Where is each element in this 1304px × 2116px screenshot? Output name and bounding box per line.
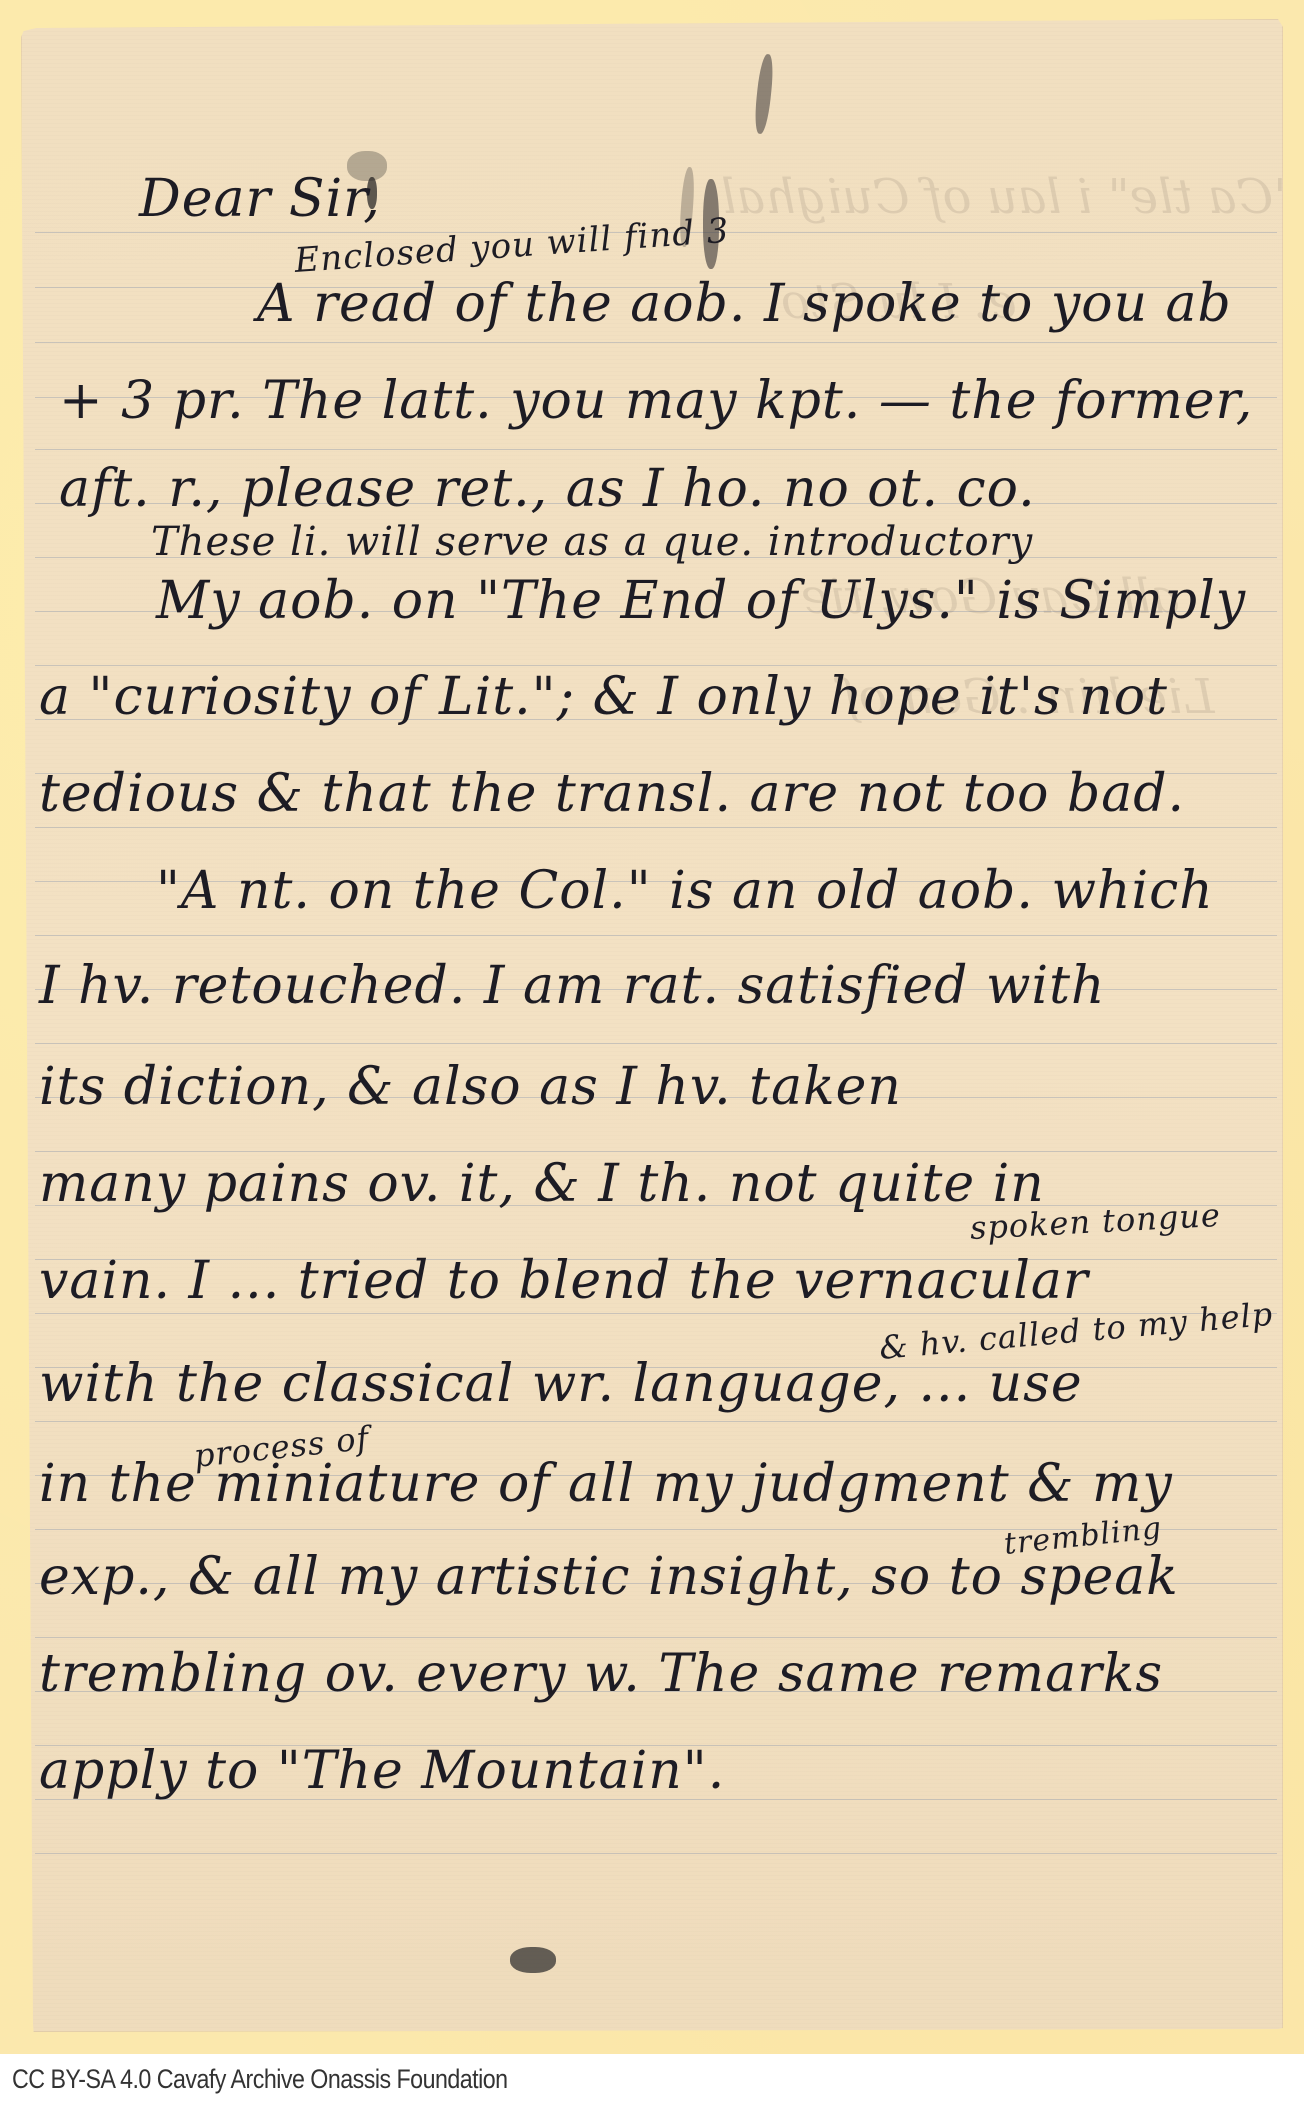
letter-line: many pains ov. it, & I th. not quite in: [39, 1154, 1045, 1214]
ruled-line: [35, 1421, 1277, 1422]
ruled-line: [35, 342, 1277, 343]
letter-line: aft. r., please ret., as I ho. no ot. co…: [59, 459, 1036, 519]
ruled-line: [35, 827, 1277, 828]
letter-line: a "curiosity of Lit."; & I only hope it'…: [39, 667, 1168, 727]
ruled-line: [35, 1637, 1277, 1638]
letter-line: vain. I ... tried to blend the vernacula…: [39, 1251, 1089, 1311]
letter-line: My aob. on "The End of Ulys." is Simply: [156, 571, 1246, 631]
letter-line: exp., & all my artistic insight, so to s…: [39, 1547, 1179, 1607]
letter-line: "A nt. on the Col." is an old aob. which: [156, 861, 1214, 921]
interlinear-line: These li. will serve as a que. introduct…: [151, 519, 1033, 565]
ink-smudge: [753, 53, 775, 134]
license-attribution-caption: CC BY-SA 4.0 Cavafy Archive Onassis Foun…: [12, 2064, 508, 2095]
letter-line: + 3 pr. The latt. you may kpt. — the for…: [59, 371, 1253, 431]
ruled-line: [35, 449, 1277, 450]
ruled-line: [35, 935, 1277, 936]
letter-line: its diction, & also as I hv. taken: [39, 1057, 902, 1117]
letter-line: tedious & that the transl. are not too b…: [39, 764, 1185, 824]
letter-line: A read of the aob. I spoke to you ab: [257, 274, 1232, 334]
ruled-line: [35, 1043, 1277, 1044]
ruled-line: [35, 665, 1277, 666]
ruled-line: [35, 1151, 1277, 1152]
letter-line: with the classical wr. language, ... use: [39, 1354, 1083, 1414]
letter-line: I hv. retouched. I am rat. satisfied wit…: [39, 956, 1106, 1016]
letter-line: apply to "The Mountain".: [39, 1741, 725, 1801]
letter-line: trembling ov. every w. The same remarks: [39, 1644, 1163, 1704]
show-through-text: ke "Ca tle" i lau of Cuighal: [721, 169, 1304, 225]
letter-line: in the miniature of all my judgment & my: [39, 1454, 1173, 1514]
ruled-line: [35, 1853, 1277, 1854]
ink-blot: [510, 1947, 556, 1973]
salutation: Dear Sir,: [139, 169, 381, 229]
letter-sheet: ke "Ca tle" i lau of Cuighal e. I lu Sto…: [21, 19, 1283, 2032]
